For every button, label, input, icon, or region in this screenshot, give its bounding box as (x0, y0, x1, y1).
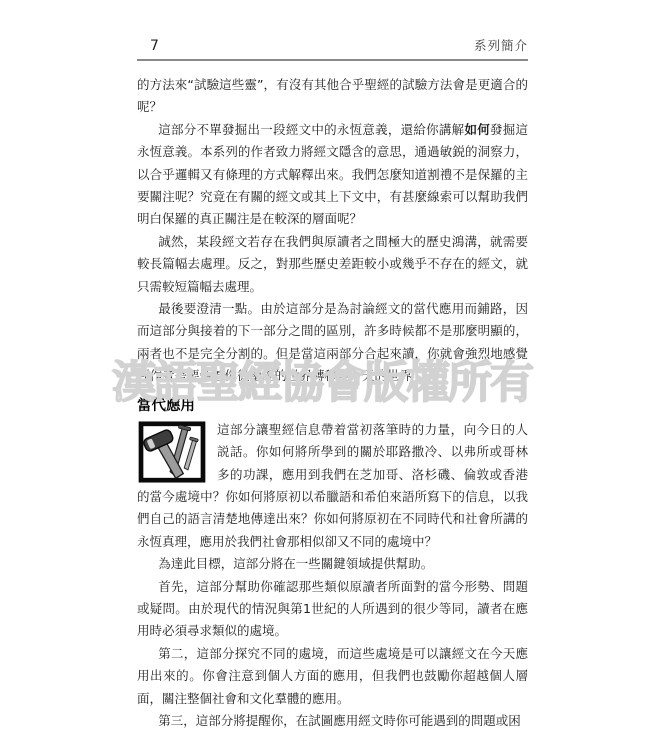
book-page: 7 系列簡介 的方法來“試驗這些靈”，有沒有其他合乎聖經的試驗方法會是更適合的呢… (0, 0, 650, 750)
page-number: 7 (150, 38, 159, 54)
paragraph: 首先，這部分幫助你確認那些類似原讀者所面對的當今形勢、問題或疑問。由於現代的情況… (137, 576, 528, 643)
text-run: 發掘這永恆意義。本系列的作者致力將經文隱含的意思，通過敏鋭的洞察力，以合乎邏輯又… (137, 122, 528, 227)
paragraph: 這部分不單發掘出一段經文中的永恆意義，還給你講解如何發掘這永恆意義。本系列的作者… (137, 119, 528, 231)
paragraph: 最後要澄清一點。由於這部分是為討論經文的當代應用而鋪路，因而這部分與接着的下一部… (137, 298, 528, 388)
text-run: 最後要澄清一點。由於這部分是為討論經文的當代應用而鋪路，因而這部分與接着的下一部… (137, 301, 528, 383)
text-run: 第二，這部分探究不同的處境，而這些處境是可以讓經文在今天應用出來的。你會注意到個… (137, 646, 528, 706)
section-heading: 當代應用 (137, 397, 528, 415)
body-text-column: 的方法來“試驗這些靈”，有沒有其他合乎聖經的試驗方法會是更適合的呢？這部分不單發… (137, 74, 528, 732)
paragraph: 為達此目標，這部分將在一些關鍵領域提供幫助。 (137, 553, 528, 575)
hammer-nails-icon (137, 421, 207, 483)
text-run: 第三，這部分將提醒你，在試圖應用經文時你可能遇到的問題或困 (158, 713, 521, 728)
text-run: 首先，這部分幫助你確認那些類似原讀者所面對的當今形勢、問題或疑問。由於現代的情況… (137, 579, 528, 639)
paragraph: 第三，這部分將提醒你，在試圖應用經文時你可能遇到的問題或困 (137, 710, 528, 732)
text-run: 這部分不單發掘出一段經文中的永恆意義，還給你講解 (158, 122, 464, 137)
page-header: 7 系列簡介 (137, 36, 528, 61)
text-run: 誠然，某段經文若存在我們與原讀者之間極大的歷史鴻溝，就需要較長篇幅去處理。反之，… (137, 234, 528, 294)
text-run: 為達此目標，這部分將在一些關鍵領域提供幫助。 (158, 556, 433, 571)
paragraph: 第二，這部分探究不同的處境，而這些處境是可以讓經文在今天應用出來的。你會注意到個… (137, 643, 528, 710)
running-head-title: 系列簡介 (474, 36, 528, 54)
text-run: 的方法來“試驗這些靈”，有沒有其他合乎聖經的試驗方法會是更適合的呢？ (137, 77, 528, 114)
paragraph: 誠然，某段經文若存在我們與原讀者之間極大的歷史鴻溝，就需要較長篇幅去處理。反之，… (137, 231, 528, 298)
intro-paragraphs: 的方法來“試驗這些靈”，有沒有其他合乎聖經的試驗方法會是更適合的呢？這部分不單發… (137, 74, 528, 388)
paragraph: 的方法來“試驗這些靈”，有沒有其他合乎聖經的試驗方法會是更適合的呢？ (137, 74, 528, 119)
emphasis-text: 如何 (464, 122, 490, 137)
section-body: 這部分讓聖經信息帶着當初落筆時的力量，向今日的人説話。你如何將所學到的關於耶路撒… (137, 419, 528, 733)
